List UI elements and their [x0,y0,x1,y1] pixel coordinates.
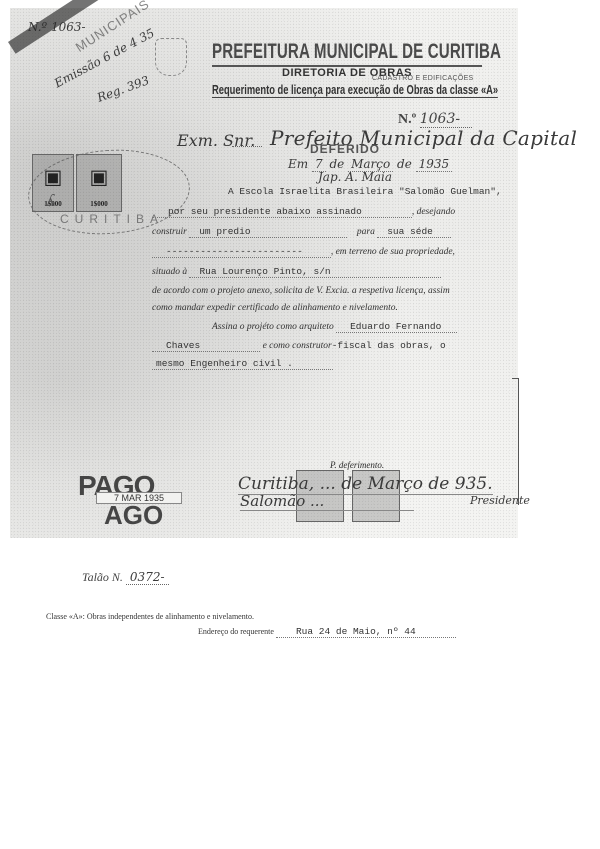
talao-number: Talão N. 0372- [82,570,169,585]
request-paragraph: de acordo com o projeto anexo, solicita … [152,286,450,296]
paid-stamp-date: 7 MAR 1935 [96,492,182,504]
coat-of-arms-icon [155,38,187,76]
architect-line: Assina o projéto como arquiteto Eduardo … [212,321,457,332]
architect-name: Eduardo Fernando [336,321,457,333]
applicant-line: A Escola Israelita Brasileira "Salomão G… [228,186,502,197]
margin-bracket [512,378,519,505]
property-line: ------------------------, em terreno de … [152,246,455,257]
revenue-stamp-emblem-icon: ▣ [44,165,63,190]
oval-stamp-text: CURITIBA [60,212,164,226]
construction-line: construir um predio para sua séde [152,226,451,237]
engineer-line: mesmo Engenheiro civil . [152,358,333,369]
request-paragraph-2: como mandar expedir certificado de alinh… [152,303,398,313]
representative-line: por seu presidente abaixo assinado, dese… [152,206,455,217]
p-deferimento: P. deferimento. [330,460,384,470]
location-line: situado à Rua Lourenço Pinto, s/n [152,266,441,277]
builder-line: Chaves e como construtor-fiscal das obra… [152,340,446,351]
revenue-stamp-emblem-icon: ▣ [90,165,109,190]
official-initials: Jap. A. Maia [318,170,392,184]
paid-stamp-bottom: AGO [104,500,163,531]
applicant-signature: Salomão ... [240,492,414,510]
salutation: Exm. Snr. [177,131,255,150]
letterhead-title: PREFEITURA MUNICIPAL DE CURITIBA [212,40,482,67]
place-date-handwritten: Curitiba, ... de Março de 935. [238,474,493,494]
request-title: Requerimento de licença para execução de… [212,82,498,98]
deferido-stamp: DEFERIDO [310,142,380,156]
section-title: CADASTRO E EDIFICAÇÕES [372,75,474,82]
applicant-address: Endereço do requerente Rua 24 de Maio, n… [198,626,456,637]
signature-title: Presidente [470,494,530,507]
decision-date: Em 7 de Março de 1935 [288,157,452,171]
revenue-stamp: ▣ 1$000 [76,154,122,212]
applicant-address-value: Rua 24 de Maio, nº 44 [276,626,456,638]
salutation-rule [232,146,262,147]
class-note: Classe «A»: Obras independentes de alinh… [46,612,254,621]
margin-tick-mark: ʎ [46,190,55,211]
applicant-name: A Escola Israelita Brasileira "Salomão G… [228,186,502,197]
